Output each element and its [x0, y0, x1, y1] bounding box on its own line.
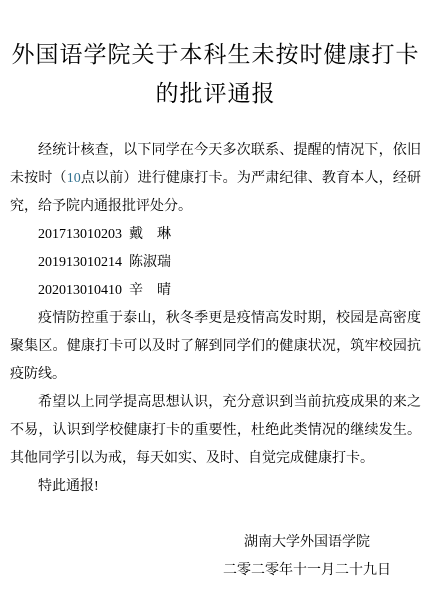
paragraph-expectation: 希望以上同学提高思想认识，充分意识到当前抗疫成果的来之不易，认识到学校健康打卡的…: [10, 389, 421, 473]
paragraph-intro: 经统计核查，以下同学在今天多次联系、提醒的情况下，依旧未按时（10点以前）进行健…: [10, 137, 421, 221]
deadline-hour-number: 10: [67, 171, 81, 186]
signature-date: 二零二零年十一月二十九日: [223, 557, 391, 585]
student-row: 202013010410辛 晴: [10, 277, 421, 305]
document-body: 经统计核查，以下同学在今天多次联系、提醒的情况下，依旧未按时（10点以前）进行健…: [10, 137, 421, 585]
paragraph-epidemic-context: 疫情防控重于泰山，秋冬季更是疫情高发时期，校园是高密度聚集区。健康打卡可以及时了…: [10, 305, 421, 389]
student-name: 辛 晴: [129, 283, 171, 298]
student-name: 陈淑瑞: [129, 255, 171, 270]
student-id: 201913010214: [38, 255, 122, 270]
document-title: 外国语学院关于本科生未按时健康打卡 的批评通报: [10, 35, 421, 113]
student-list: 201713010203戴 琳 201913010214陈淑瑞 20201301…: [10, 221, 421, 305]
notice-document: 外国语学院关于本科生未按时健康打卡 的批评通报 经统计核查，以下同学在今天多次联…: [0, 0, 431, 594]
student-row: 201913010214陈淑瑞: [10, 249, 421, 277]
closing-statement: 特此通报!: [10, 473, 421, 501]
signature-org: 湖南大学外国语学院: [223, 529, 391, 557]
title-line-1: 外国语学院关于本科生未按时健康打卡: [10, 35, 421, 74]
title-line-2: 的批评通报: [10, 74, 421, 113]
student-id: 202013010410: [38, 283, 122, 298]
signature-block: 湖南大学外国语学院 二零二零年十一月二十九日: [10, 529, 421, 585]
student-id: 201713010203: [38, 227, 122, 242]
student-row: 201713010203戴 琳: [10, 221, 421, 249]
student-name: 戴 琳: [129, 227, 171, 242]
